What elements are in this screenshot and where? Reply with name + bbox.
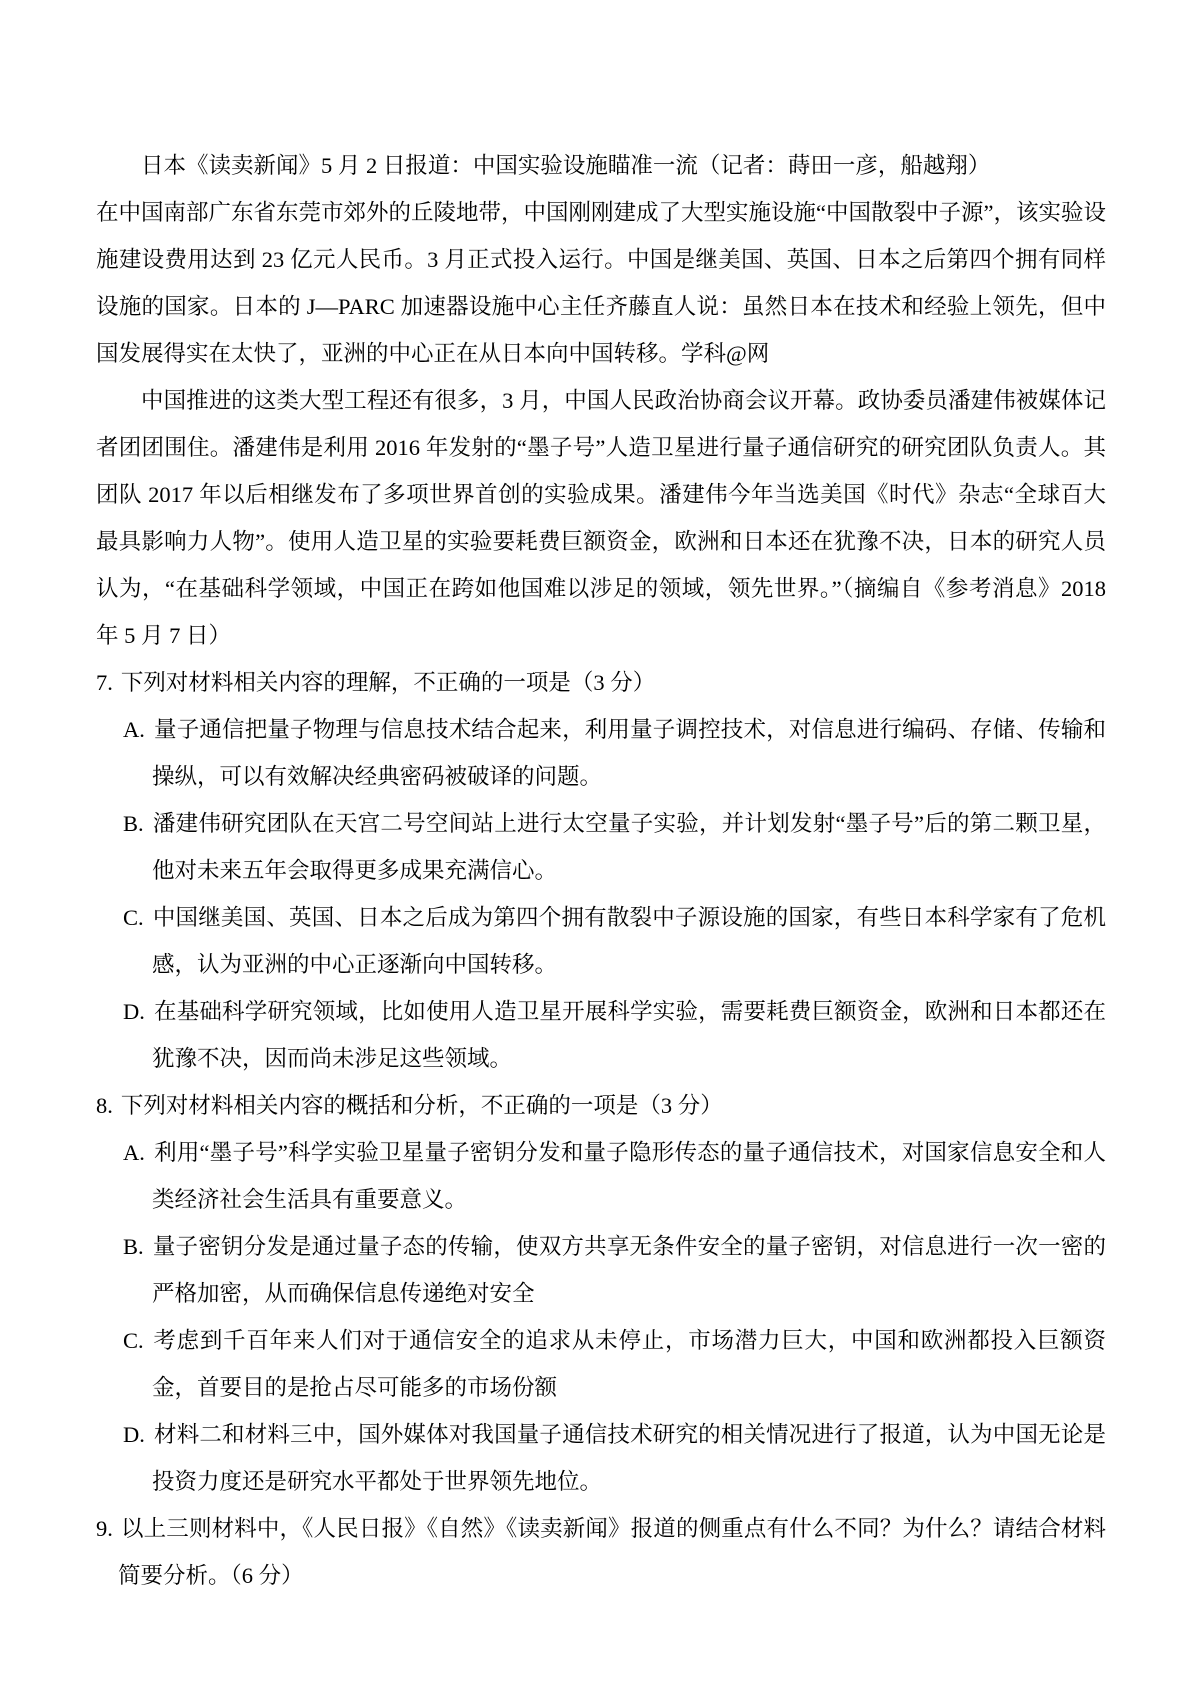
material-paragraph-1: 在中国南部广东省东莞市郊外的丘陵地带，中国刚刚建成了大型实施设施“中国散裂中子源…	[96, 189, 1106, 377]
question-8-option-a: A.利用“墨子号”科学实验卫星量子密钥分发和量子隐形传态的量子通信技术，对国家信…	[123, 1129, 1106, 1223]
option-text: 考虑到千百年来人们对于通信安全的追求从未停止，市场潜力巨大，中国和欧洲都投入巨额…	[152, 1328, 1106, 1400]
question-7-option-a: A.量子通信把量子物理与信息技术结合起来，利用量子调控技术，对信息进行编码、存储…	[123, 706, 1106, 800]
question-7: 7.下列对材料相关内容的理解，不正确的一项是（3 分）	[96, 659, 1106, 706]
question-7-option-c: C.中国继美国、英国、日本之后成为第四个拥有散裂中子源设施的国家，有些日本科学家…	[123, 894, 1106, 988]
question-7-option-d: D.在基础科学研究领域，比如使用人造卫星开展科学实验，需要耗费巨额资金，欧洲和日…	[123, 988, 1106, 1082]
option-label: C.	[123, 905, 144, 930]
option-text: 在基础科学研究领域，比如使用人造卫星开展科学实验，需要耗费巨额资金，欧洲和日本都…	[152, 999, 1106, 1071]
question-9-number: 9.	[96, 1516, 113, 1541]
question-8-option-c: C.考虑到千百年来人们对于通信安全的追求从未停止，市场潜力巨大，中国和欧洲都投入…	[123, 1317, 1106, 1411]
question-7-number: 7.	[96, 670, 113, 695]
question-7-option-b: B.潘建伟研究团队在天宫二号空间站上进行太空量子实验，并计划发射“墨子号”后的第…	[123, 800, 1106, 894]
exam-document-page: 日本《读卖新闻》5 月 2 日报道：中国实验设施瞄准一流（记者：蒔田一彦，船越翔…	[0, 0, 1200, 1698]
question-8-option-d: D.材料二和材料三中，国外媒体对我国量子通信技术研究的相关情况进行了报道，认为中…	[123, 1411, 1106, 1505]
question-8-option-b: B.量子密钥分发是通过量子态的传输，使双方共享无条件安全的量子密钥，对信息进行一…	[123, 1223, 1106, 1317]
option-label: B.	[123, 811, 144, 836]
option-label: B.	[123, 1234, 144, 1259]
question-8: 8.下列对材料相关内容的概括和分析，不正确的一项是（3 分）	[96, 1082, 1106, 1129]
question-9: 9.以上三则材料中，《人民日报》《自然》《读卖新闻》报道的侧重点有什么不同？为什…	[96, 1505, 1106, 1599]
option-label: D.	[123, 1422, 145, 1447]
question-7-stem: 下列对材料相关内容的理解，不正确的一项是（3 分）	[121, 670, 655, 695]
option-label: A.	[123, 717, 145, 742]
option-label: A.	[123, 1140, 145, 1165]
option-text: 利用“墨子号”科学实验卫星量子密钥分发和量子隐形传态的量子通信技术，对国家信息安…	[152, 1140, 1106, 1212]
option-text: 潘建伟研究团队在天宫二号空间站上进行太空量子实验，并计划发射“墨子号”后的第二颗…	[152, 811, 1106, 883]
option-label: D.	[123, 999, 145, 1024]
option-text: 量子通信把量子物理与信息技术结合起来，利用量子调控技术，对信息进行编码、存储、传…	[152, 717, 1106, 789]
question-8-stem: 下列对材料相关内容的概括和分析，不正确的一项是（3 分）	[121, 1093, 723, 1118]
option-text: 中国继美国、英国、日本之后成为第四个拥有散裂中子源设施的国家，有些日本科学家有了…	[152, 905, 1106, 977]
material-headline: 日本《读卖新闻》5 月 2 日报道：中国实验设施瞄准一流（记者：蒔田一彦，船越翔…	[96, 142, 1106, 189]
question-9-stem: 以上三则材料中，《人民日报》《自然》《读卖新闻》报道的侧重点有什么不同？为什么？…	[118, 1516, 1106, 1588]
option-text: 量子密钥分发是通过量子态的传输，使双方共享无条件安全的量子密钥，对信息进行一次一…	[152, 1234, 1106, 1306]
material-paragraph-2: 中国推进的这类大型工程还有很多，3 月，中国人民政治协商会议开幕。政协委员潘建伟…	[96, 377, 1106, 659]
option-label: C.	[123, 1328, 144, 1353]
option-text: 材料二和材料三中，国外媒体对我国量子通信技术研究的相关情况进行了报道，认为中国无…	[152, 1422, 1106, 1494]
question-8-number: 8.	[96, 1093, 113, 1118]
